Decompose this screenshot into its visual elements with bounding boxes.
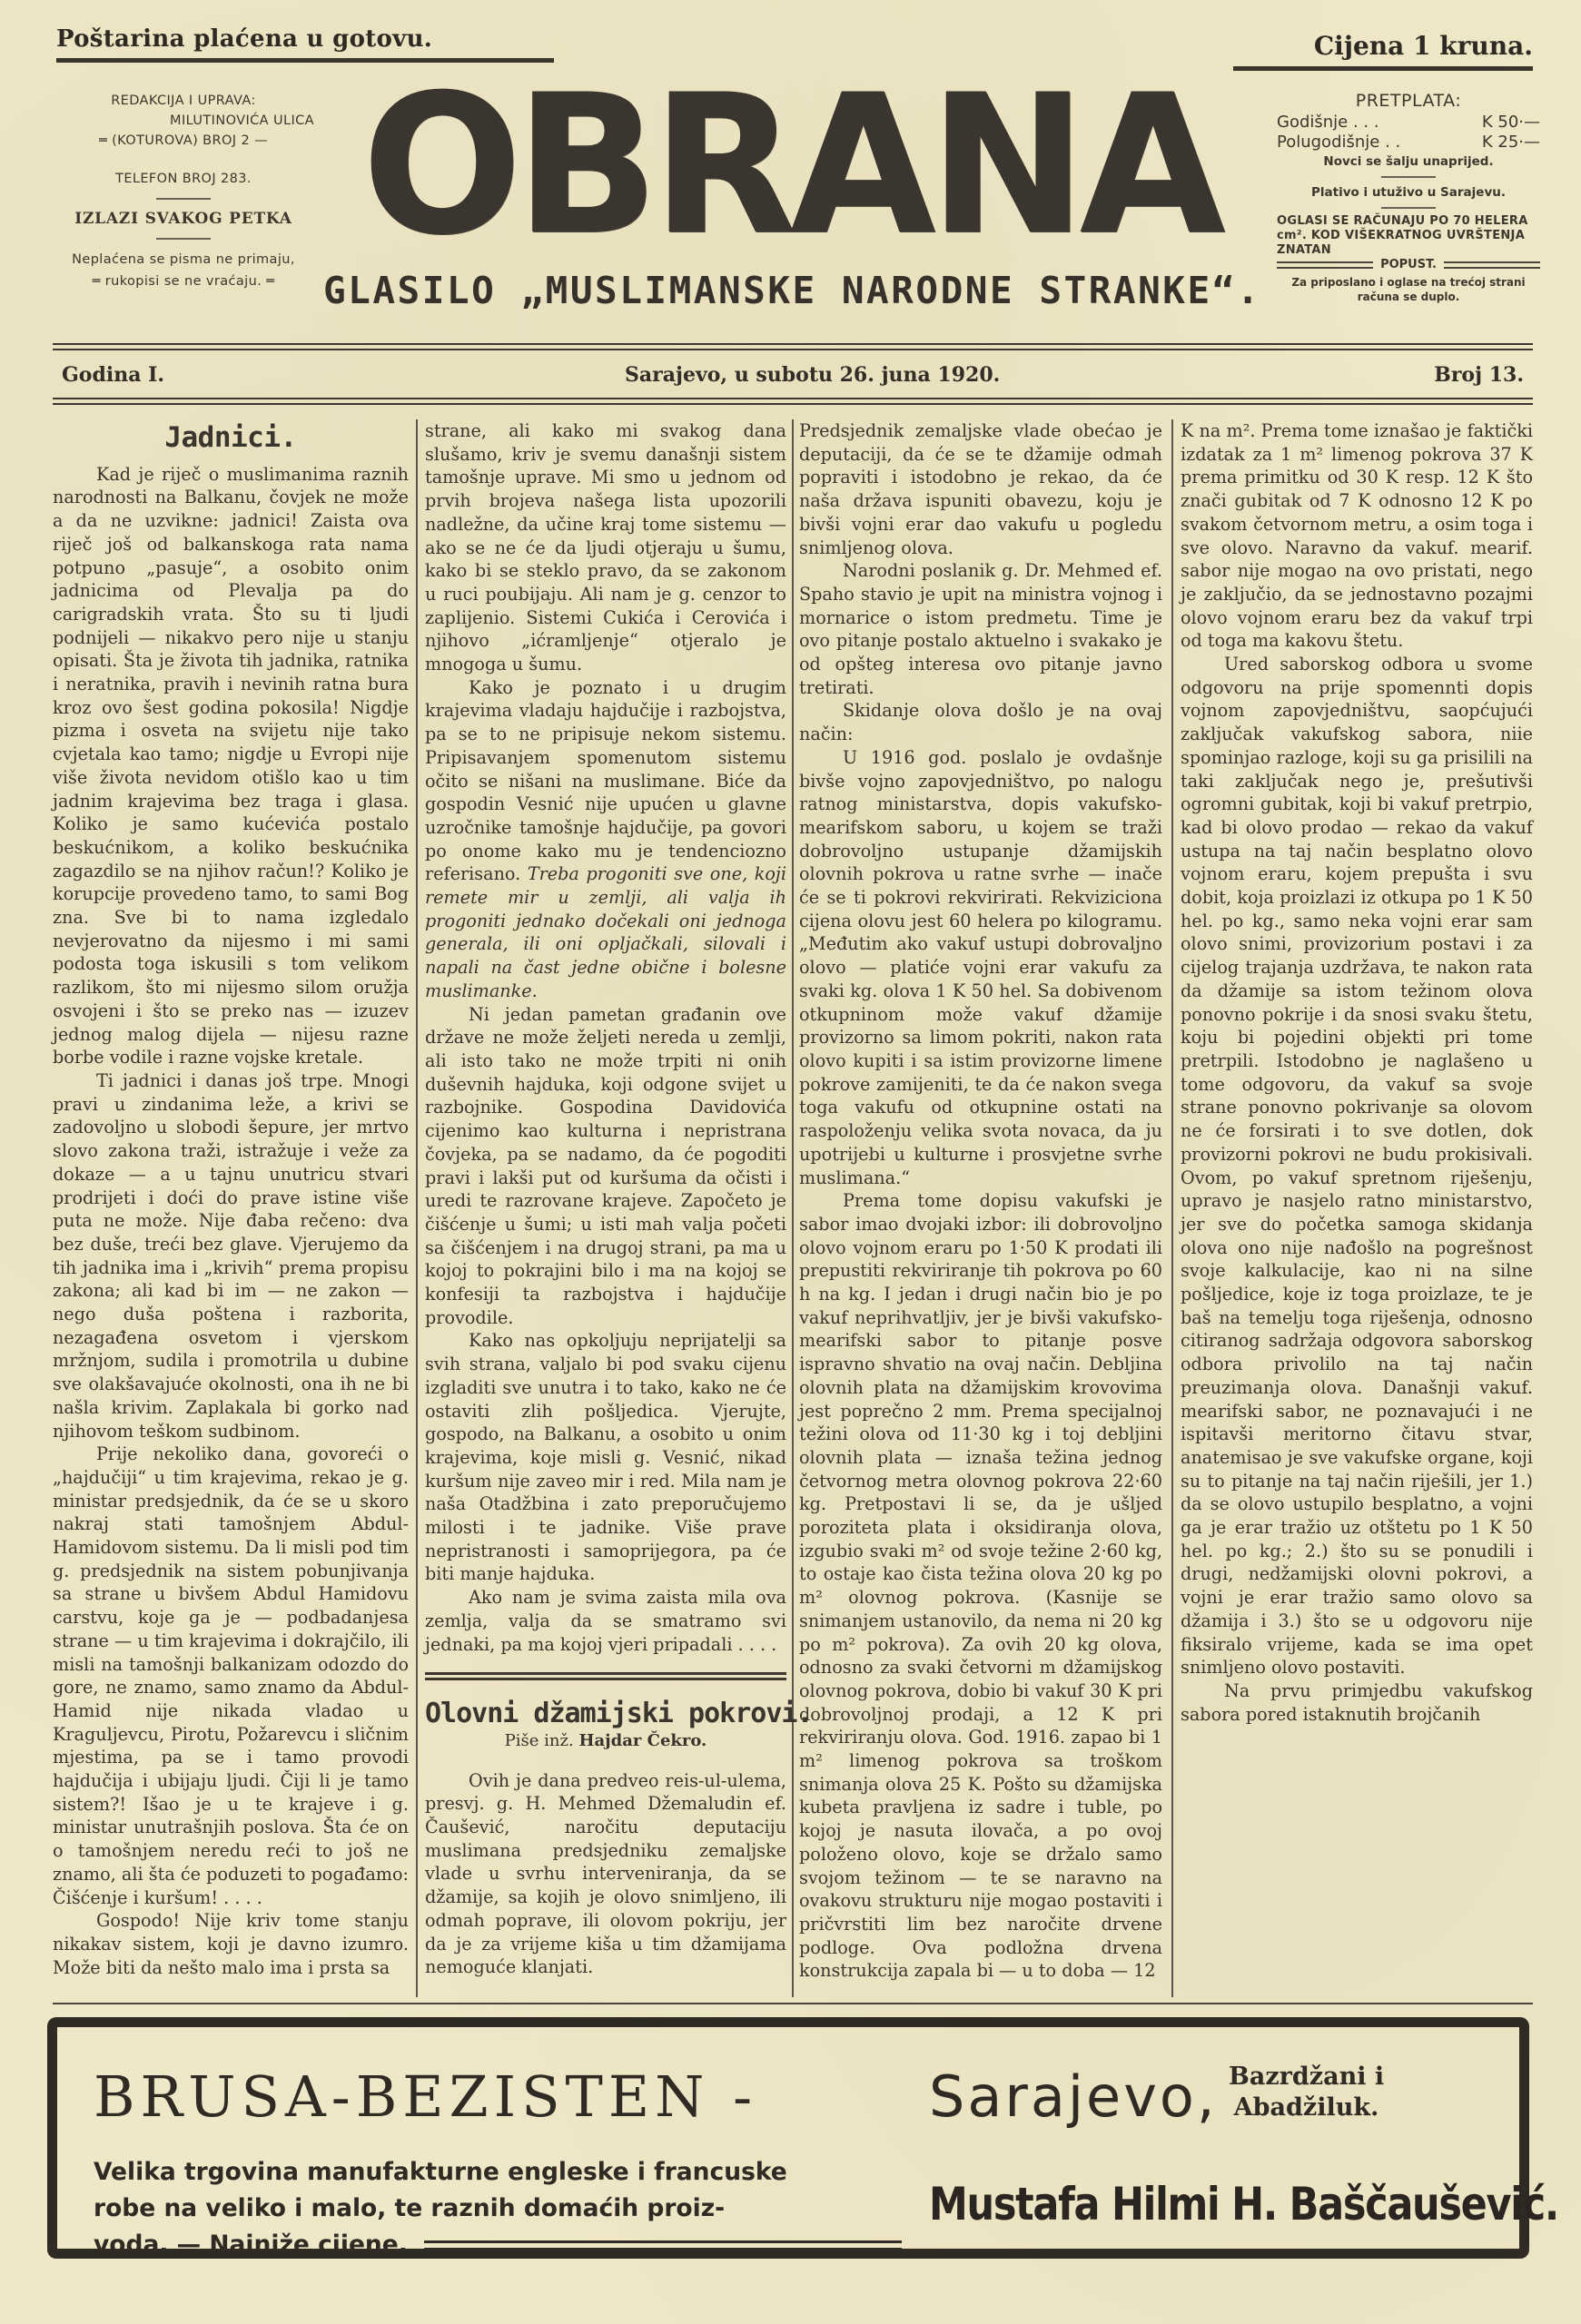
column-4: K na m². Prema tome iznašao je faktički …: [1181, 419, 1533, 1997]
subscription-heading: PRETPLATA:: [1277, 91, 1540, 111]
editorial-info: REDAKCIJA I UPRAVA: MILUTINOVIĆA ULICA ═…: [47, 91, 320, 292]
double-rule: [424, 2240, 902, 2250]
byline-prefix: Piše inž.: [505, 1731, 579, 1750]
article-title: Jadnici.: [53, 427, 409, 450]
article-paragraph: Skidanje olova došlo je na ovaj način:: [799, 699, 1162, 745]
ad-city: Sarajevo,: [929, 2063, 1218, 2130]
price-label: Cijena 1 kruna.: [1233, 31, 1533, 71]
divider: [156, 198, 211, 200]
subscription-row-semiannual: Polugodišnje . . K 25·—: [1277, 133, 1540, 153]
subscription-label: Godišnje . . .: [1277, 113, 1379, 133]
volume-year: Godina I.: [62, 363, 164, 387]
article-paragraph: Kad je riječ o muslimanima raznih narodn…: [53, 463, 409, 1069]
article-paragraph: Prema tome dopisu vakufski je sabor imao…: [799, 1189, 1162, 1983]
divider: [1381, 176, 1436, 178]
ad-description-line: voda. — Najniže cijene.: [94, 2227, 408, 2263]
article-paragraph: U 1916 god. poslalo je ovdašnje bivše vo…: [799, 746, 1162, 1189]
subscription-label: Polugodišnje . .: [1277, 133, 1400, 153]
issue-date: Sarajevo, u subotu 26. juna 1920.: [625, 363, 1000, 387]
italic-passage: Treba progoniti sve one, koji remete mir…: [425, 863, 786, 1001]
column-2: strane, ali kako mi svakog dana slušamo,…: [425, 419, 786, 1997]
article-paragraph: Ni jedan pametan građanin ove države ne …: [425, 1003, 786, 1330]
column-3: Predsjednik zemaljske vlade obećao je de…: [799, 419, 1162, 1997]
newspaper-subtitle: GLASILO „MUSLIMANSKE NARODNE STRANKE“.: [323, 269, 1259, 312]
column-rule: [1171, 419, 1173, 1997]
article-paragraph: Kako je poznato i u drugim krajevima vla…: [425, 676, 786, 1003]
ad-owner-name: Mustafa Hilmi H. Baščaušević.: [929, 2178, 1558, 2230]
subscription-value: K 25·—: [1482, 133, 1540, 153]
letters-note-2: ═ rukopisi se ne vraćaju. ═: [47, 271, 320, 292]
byline-author: Hajdar Čekro.: [578, 1731, 707, 1750]
editorial-line-2: MILUTINOVIĆA ULICA: [47, 111, 320, 131]
ad-brand-name: BRUSA-BEZISTEN -: [94, 2063, 757, 2130]
ad-description-line: robe na veliko i malo, te raznih domaćih…: [94, 2191, 902, 2227]
divider: [1381, 207, 1436, 209]
column-rule: [416, 419, 418, 1997]
article-paragraph: Ovih je dana predveo reis-ul-ulema, pres…: [425, 1769, 786, 1979]
divider: [156, 238, 211, 240]
editorial-line-1: REDAKCIJA I UPRAVA:: [47, 91, 320, 111]
article-paragraph: strane, ali kako mi svakog dana slušamo,…: [425, 419, 786, 676]
ad-description-line: Velika trgovina manufakturne engleske i …: [94, 2154, 902, 2191]
dateline-rule: [53, 398, 1533, 399]
article-paragraph: Gospodo! Nije kriv tome stanju nikakav s…: [53, 1909, 409, 1979]
ad-description: Velika trgovina manufakturne engleske i …: [94, 2154, 902, 2263]
article-title: Olovni džamijski pokrovi.: [425, 1702, 786, 1726]
issue-number: Broj 13.: [1434, 363, 1524, 387]
article-separator: [425, 1672, 786, 1680]
ad-address: Bazrdžani i Abadžiluk.: [1229, 2062, 1384, 2123]
article-byline: Piše inž. Hajdar Čekro.: [425, 1729, 786, 1753]
ads-discount: POPUST.: [1277, 258, 1540, 271]
newspaper-title: OBRANA: [345, 74, 1235, 256]
ads-discount-label: POPUST.: [1380, 258, 1437, 271]
subscription-row-annual: Godišnje . . . K 50·—: [1277, 113, 1540, 133]
advance-payment-note: Novci se šalju unaprijed.: [1277, 153, 1540, 171]
dateline: Godina I. Sarajevo, u subotu 26. juna 19…: [53, 359, 1533, 396]
column-rule: [792, 419, 794, 1997]
double-rule: [1444, 261, 1540, 269]
article-paragraph: Ako nam je svima zaista mila ova zemlja,…: [425, 1586, 786, 1656]
double-rule: [1277, 261, 1373, 269]
article-paragraph: Ti jadnici i danas još trpe. Mnogi pravi…: [53, 1069, 409, 1443]
ad-address-line: Abadžiluk.: [1229, 2093, 1384, 2123]
article-paragraph: Na prvu primjedbu vakufskog sabora pored…: [1181, 1679, 1533, 1726]
article-paragraph: Narodni poslanik g. Dr. Mehmed ef. Spaho…: [799, 559, 1162, 699]
article-paragraph: Prije nekoliko dana, govoreći o „hajduči…: [53, 1443, 409, 1909]
article-paragraph: Ured saborskog odbora u svome odgovoru n…: [1181, 653, 1533, 1679]
subscription-value: K 50·—: [1482, 113, 1540, 133]
ad-address-line: Bazrdžani i: [1229, 2062, 1384, 2093]
third-page-note: Za priposlano i oglase na trećoj strani …: [1277, 275, 1540, 304]
ads-pricing: OGLASI SE RAČUNAJU PO 70 HELERA cm². KOD…: [1277, 214, 1540, 258]
article-paragraph: Kako nas opkoljuju neprijatelji sa svih …: [425, 1329, 786, 1586]
publication-schedule: IZLAZI SVAKOG PETKA: [47, 209, 320, 229]
subscription-info: PRETPLATA: Godišnje . . . K 50·— Polugod…: [1277, 91, 1540, 304]
jurisdiction-note: Plativo i utuživo u Sarajevu.: [1277, 183, 1540, 202]
editorial-line-3: ═ (KOTUROVA) BROJ 2 —: [47, 131, 320, 151]
masthead-rule: [53, 343, 1533, 345]
advertisement: BRUSA-BEZISTEN - Sarajevo, Bazrdžani i A…: [47, 2017, 1529, 2259]
letters-note-1: Neplaćena se pisma ne primaju,: [47, 249, 320, 271]
article-paragraph: K na m². Prema tome iznašao je faktički …: [1181, 419, 1533, 653]
columns-bottom-rule: [53, 2003, 1533, 2004]
column-1: Jadnici. Kad je riječ o muslimanima razn…: [53, 419, 409, 1997]
phone-number: TELEFON BROJ 283.: [47, 169, 320, 189]
article-paragraph: Predsjednik zemaljske vlade obećao je de…: [799, 419, 1162, 559]
